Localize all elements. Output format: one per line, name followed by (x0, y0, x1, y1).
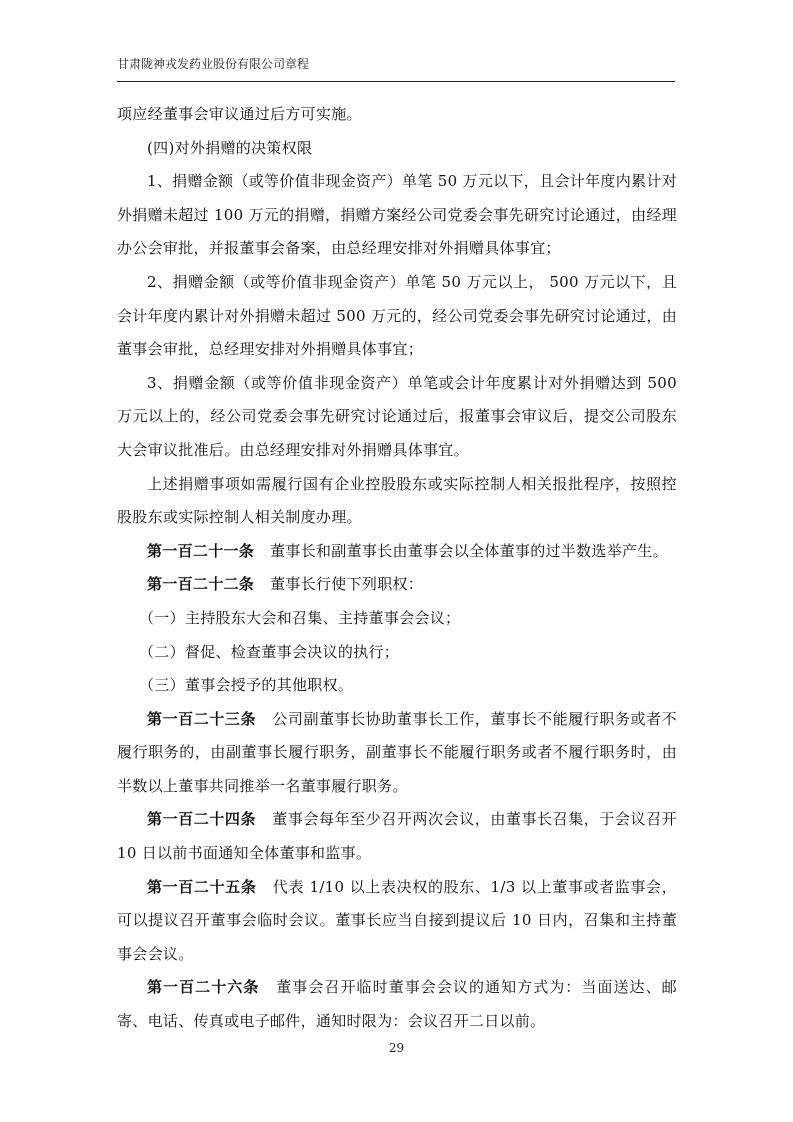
header-divider (117, 81, 675, 82)
paragraph: 1、捐赠金额（或等价值非现金资产）单笔 50 万元以下，且会计年度内累计对外捐赠… (117, 165, 677, 266)
paragraph: (四)对外捐赠的决策权限 (117, 132, 677, 166)
article-123: 第一百二十三条公司副董事长协助董事长工作，董事长不能履行职务或者不履行职务的，由… (117, 703, 677, 804)
article-text: 董事长和副董事长由董事会以全体董事的过半数选举产生。 (270, 542, 668, 560)
article-121: 第一百二十一条董事长和副董事长由董事会以全体董事的过半数选举产生。 (117, 535, 677, 569)
article-124: 第一百二十四条董事会每年至少召开两次会议，由董事长召集，于会议召开 10 日以前… (117, 803, 677, 870)
paragraph: 上述捐赠事项如需履行国有企业控股股东或实际控制人相关报批程序，按照控股股东或实际… (117, 468, 677, 535)
article-number: 第一百二十三条 (147, 710, 256, 728)
article-number: 第一百二十四条 (147, 810, 256, 828)
document-header: 甘肃陇神戎发药业股份有限公司章程 (117, 56, 677, 72)
article-number: 第一百二十六条 (147, 978, 259, 996)
article-125: 第一百二十五条代表 1/10 以上表决权的股东、1/3 以上董事或者监事会，可以… (117, 871, 677, 972)
list-item: （三）董事会授予的其他职权。 (117, 669, 677, 703)
document-body: 项应经董事会审议通过后方可实施。 (四)对外捐赠的决策权限 1、捐赠金额（或等价… (117, 98, 677, 1039)
list-item: （一）主持股东大会和召集、主持董事会会议； (117, 602, 677, 636)
article-126: 第一百二十六条董事会召开临时董事会会议的通知方式为：当面送达、邮寄、电话、传真或… (117, 971, 677, 1038)
article-text: 董事长行使下列职权： (270, 575, 423, 593)
article-number: 第一百二十二条 (147, 575, 254, 593)
paragraph: 项应经董事会审议通过后方可实施。 (117, 98, 677, 132)
article-number: 第一百二十五条 (147, 878, 256, 896)
list-item: （二）督促、检查董事会决议的执行； (117, 636, 677, 670)
paragraph: 3、捐赠金额（或等价值非现金资产）单笔或会计年度累计对外捐赠达到 500 万元以… (117, 367, 677, 468)
page-number: 29 (0, 1041, 793, 1055)
article-number: 第一百二十一条 (147, 542, 254, 560)
article-122: 第一百二十二条董事长行使下列职权： (117, 568, 677, 602)
paragraph: 2、捐赠金额（或等价值非现金资产）单笔 50 万元以上， 500 万元以下，且会… (117, 266, 677, 367)
